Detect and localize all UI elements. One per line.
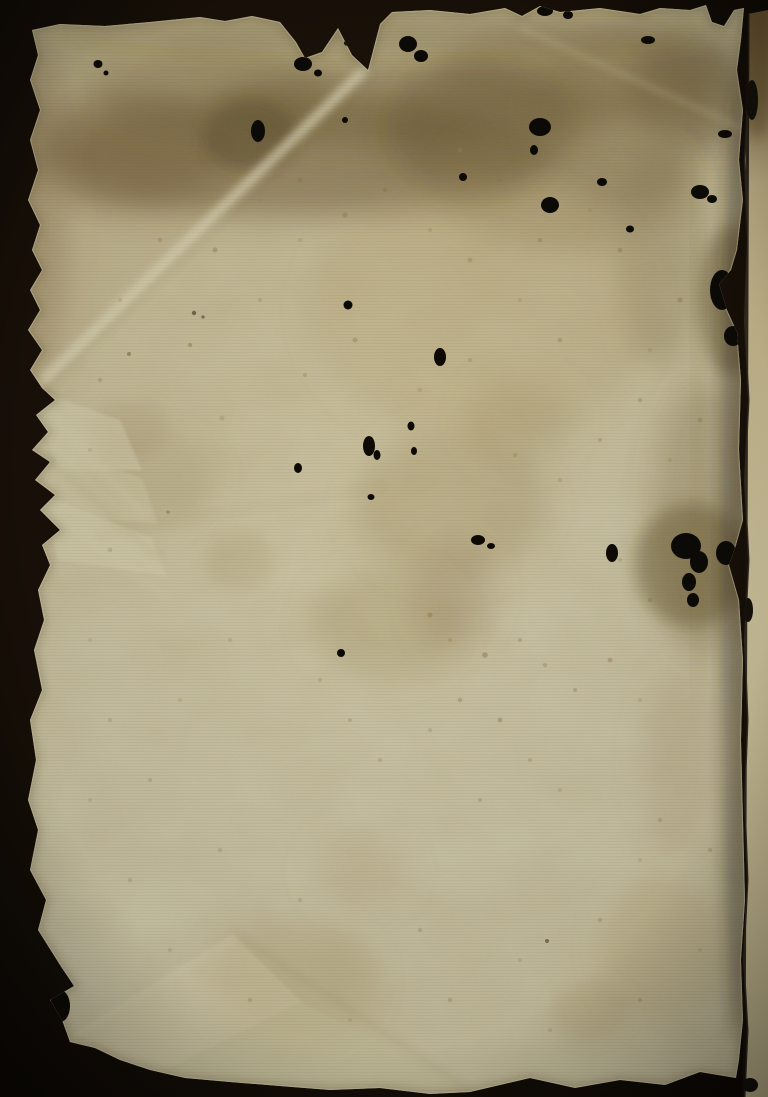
- scan-image: [0, 0, 768, 1097]
- vignette-overlay: [0, 0, 768, 1097]
- manuscript-scan: [0, 0, 768, 1097]
